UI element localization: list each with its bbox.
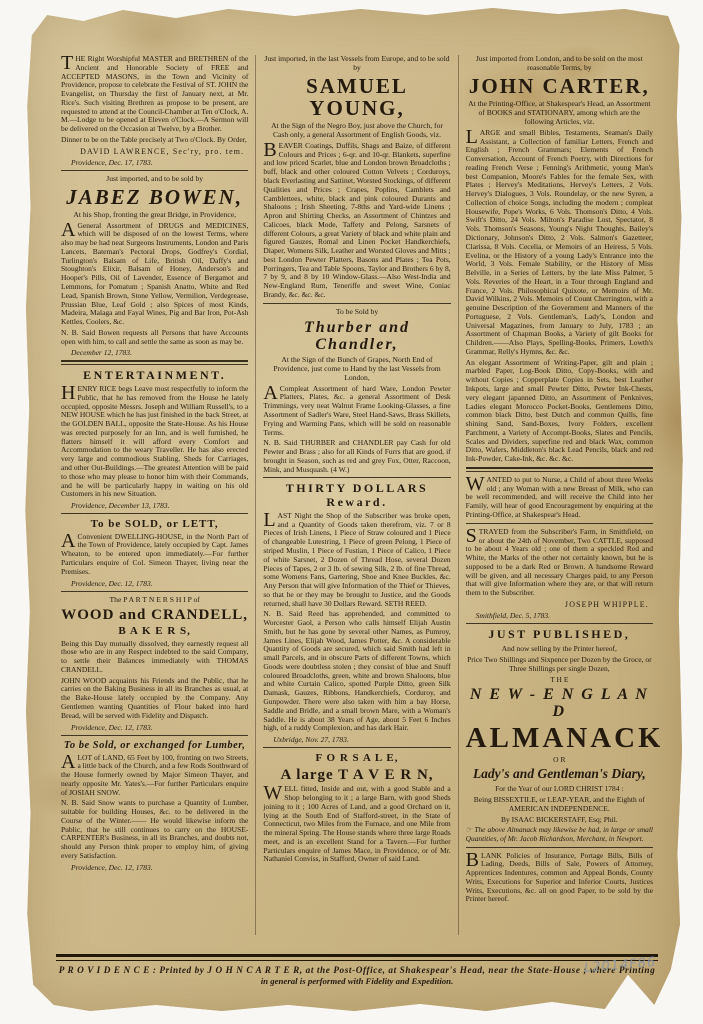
wanted-nurse-ad: WANTED to put to Nurse, a Child of about…	[466, 476, 653, 520]
block-subhead: At his Shop, fronting the great Bridge, …	[61, 211, 248, 220]
column-3: Just imported from London, and to be sol…	[458, 55, 660, 935]
newspaper-page: THE Right Worshipful MASTER and BRETHREN…	[24, 5, 684, 1015]
john-carter-headline: JOHN CARTER,	[466, 75, 653, 97]
drop-cap: W	[466, 476, 487, 492]
drop-cap: W	[263, 785, 284, 801]
block-sig: JOSEPH WHIPPLE.	[466, 600, 653, 609]
drop-cap: L	[263, 512, 277, 528]
strayed-cattle-ad: STRAYED from the Subscriber's Farm, in S…	[466, 528, 653, 598]
block-rule2	[61, 360, 248, 365]
jabez-bowen-headline: JABEZ BOWEN,	[61, 186, 248, 208]
block-body-c: Price Two Shillings and Sixpence per Doz…	[466, 655, 653, 673]
imprint-footer: P R O V I D E N C E : Printed by J O H N…	[56, 954, 658, 987]
block-rule	[263, 747, 450, 748]
drop-cap: L	[466, 129, 480, 145]
block-kicker: The P A R T N E R S H I P of	[61, 596, 248, 605]
block-dateline: Providence, Dec. 12, 1783.	[61, 863, 248, 872]
block-rule	[61, 170, 248, 171]
imprint-line-1: P R O V I D E N C E : Printed by J O H N…	[56, 965, 658, 977]
wood-crandell-headline: WOOD and CRANDELL,	[61, 607, 248, 624]
drop-cap: A	[61, 754, 77, 770]
samuel-young-headline: SAMUEL YOUNG,	[263, 75, 450, 119]
almanack-headline: ALMANACK,	[466, 723, 653, 753]
block-kicker: To be Sold by	[263, 308, 450, 317]
block-body-c: O R	[466, 755, 653, 764]
block-subhead: At the Sign of the Negro Boy, just above…	[263, 122, 450, 140]
block-subhead: At the Printing-Office, at Shakespear's …	[466, 100, 653, 127]
thurber-chandler-ad: A Compleat Assortment of hard Ware, Lond…	[263, 385, 450, 438]
masons-notice: THE Right Worshipful MASTER and BRETHREN…	[61, 55, 248, 134]
block-dateline: Smithfield, Dec. 5, 1783.	[466, 611, 653, 620]
block-dateline: Uxbridge, Nov. 27, 1783.	[263, 735, 450, 744]
block-dateline: Providence, December 13, 1783.	[61, 501, 248, 510]
block-rule	[466, 623, 653, 624]
page-text-area: THE Right Worshipful MASTER and BRETHREN…	[54, 55, 660, 935]
block-body-c: And now selling by the Printer hereof,	[466, 644, 653, 653]
seth-reed-ad: LAST Night the Shop of the Subscriber wa…	[263, 512, 450, 608]
block-note-i: ☞ The above Almanack may likewise be had…	[466, 826, 653, 844]
block-rule	[466, 847, 653, 848]
block-body-c: T H E	[466, 675, 653, 684]
block-rule	[263, 303, 450, 304]
block-subhead: At the Sign of the Bunch of Grapes, Nort…	[263, 356, 450, 383]
block-body: Being this Day mutually dissolved, they …	[61, 640, 248, 675]
drop-cap: H	[61, 385, 77, 401]
tavern-headline: A large T A V E R N,	[263, 767, 450, 784]
block-rule	[263, 477, 450, 478]
block-body: N. B. Said THURBER and CHANDLER pay Cash…	[263, 439, 450, 474]
block-rule	[61, 591, 248, 592]
block-rule	[466, 523, 653, 524]
dwelling-house-ad: A Convenient DWELLING-HOUSE, in the Nort…	[61, 533, 248, 577]
lumber-headline: To be Sold, or exchanged for Lumber,	[61, 740, 248, 752]
drop-cap: A	[61, 533, 77, 549]
block-kicker: Just imported, in the last Vessels from …	[263, 55, 450, 73]
drop-cap: A	[263, 385, 279, 401]
imprint-line-2: in general is performed with Fidelity an…	[56, 976, 658, 987]
blank-forms-ad: BLANK Policies of Insurance, Portage Bil…	[466, 852, 653, 905]
block-body: JOHN WOOD acquaints his Friends and the …	[61, 677, 248, 721]
block-kicker: Just imported, and to be sold by	[61, 175, 248, 184]
block-h-sm: B A K E R S,	[61, 625, 248, 638]
drop-cap: B	[466, 852, 481, 868]
block-rule2	[466, 467, 653, 472]
block-dateline: Providence, Dec. 17, 1783.	[61, 158, 248, 167]
sold-or-lett-headline: To be SOLD, or LETT,	[61, 518, 248, 531]
diary-line: Lady's and Gentleman's Diary,	[466, 766, 653, 782]
drop-cap: B	[263, 142, 278, 158]
block-dateline: December 12, 1783.	[61, 348, 248, 357]
block-sig: DAVID LAWRENCE, Sec'ry, pro. tem.	[61, 147, 248, 156]
block-dateline: Providence, Dec. 12, 1783.	[61, 723, 248, 732]
footer-double-rule	[56, 954, 658, 961]
entertainment-headline: ENTERTAINMENT.	[61, 369, 248, 383]
henry-rice-ad: HENRY RICE begs Leave most respectfully …	[61, 385, 248, 499]
josiah-snow-ad: A LOT of LAND, 65 Feet by 100, fronting …	[61, 754, 248, 798]
books-list: LARGE and small Bibles, Testaments, Seam…	[466, 129, 653, 357]
samuel-young-ad: BEAVER Coatings, Duffils, Shags and Baiz…	[263, 142, 450, 300]
block-body-c: For the Year of our LORD CHRIST 1784 :	[466, 784, 653, 793]
block-body: N. B. Said Reed has apprehended, and com…	[263, 610, 450, 733]
new-england-line: N E W - E N G L A N D	[466, 686, 653, 721]
block-kicker: Just imported from London, and to be sol…	[466, 55, 653, 73]
column-1: THE Right Worshipful MASTER and BRETHREN…	[54, 55, 255, 935]
block-body: N. B. Said Snow wants to purchase a Quan…	[61, 799, 248, 860]
drop-cap: S	[466, 528, 479, 544]
just-published-headline: JUST PUBLISHED,	[466, 628, 653, 642]
block-body: N. B. Said Bowen requests all Persons th…	[61, 329, 248, 347]
block-rule	[61, 513, 248, 514]
stationary-list: An elegant Assortment of Writing-Paper, …	[466, 359, 653, 464]
column-2: Just imported, in the last Vessels from …	[255, 55, 457, 935]
bowen-ad: A General Assortment of DRUGS and MEDICI…	[61, 222, 248, 327]
tavern-ad: WELL fitted, Inside and out, with a good…	[263, 785, 450, 864]
reward-headline: THIRTY DOLLARS Reward.	[263, 482, 450, 510]
block-body-c: Being BISSEXTILE, or LEAP-YEAR, and the …	[466, 795, 653, 813]
drop-cap: A	[61, 222, 77, 238]
block-rule	[61, 735, 248, 736]
drop-cap: T	[61, 55, 75, 71]
thurber-chandler-headline: Thurber and Chandler,	[263, 319, 450, 354]
block-body: Dinner to be on the Table precisely at T…	[61, 136, 248, 145]
block-dateline: Providence, Dec. 12, 1783.	[61, 579, 248, 588]
block-body-c: By ISAAC BICKERSTAFF, Esq; Phil.	[466, 815, 653, 824]
block-h-sm: F O R S A L E,	[263, 752, 450, 765]
